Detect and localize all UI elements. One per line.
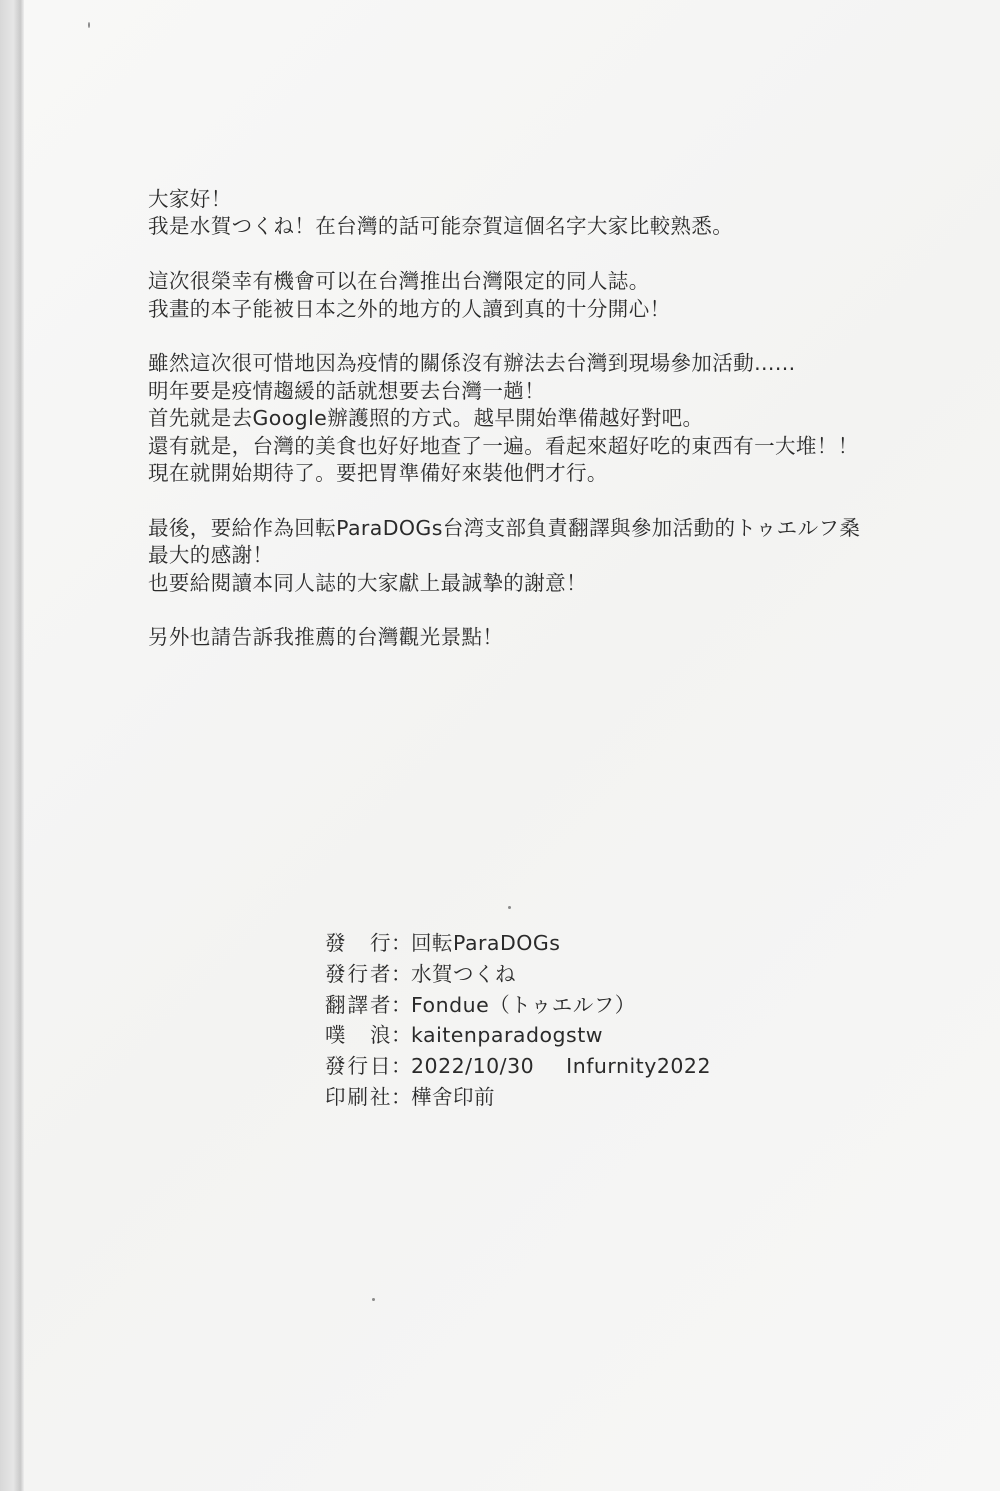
afterword-message: 大家好！ 我是水賀つくね！在台灣的話可能奈賀這個名字大家比較熟悉。 這次很榮幸有…: [148, 186, 968, 679]
text-line: 這次很榮幸有機會可以在台灣推出台灣限定的同人誌。: [148, 268, 968, 295]
colophon-row-printer: 印刷社 ： 樺舍印前: [325, 1082, 711, 1113]
colophon-separator: ：: [391, 959, 411, 990]
colophon-label: 發 行: [325, 928, 391, 959]
text-line: 另外也請告訴我推薦的台灣觀光景點！: [148, 624, 968, 651]
paragraph-thanks: 最後，要給作為回転ParaDOGs台湾支部負責翻譯與參加活動的トゥエルフ桑 最大…: [148, 515, 968, 597]
colophon-row-translator: 翻譯者 ： Fondue（トゥエルフ）: [325, 990, 711, 1021]
colophon-label: 發行日: [325, 1051, 391, 1082]
paragraph-visit-plans: 雖然這次很可惜地因為疫情的關係沒有辦法去台灣到現場參加活動...... 明年要是…: [148, 350, 968, 487]
text-line: 明年要是疫情趨緩的話就想要去台灣一趟！: [148, 378, 968, 405]
colophon-value: kaitenparadogstw: [411, 1020, 603, 1051]
colophon-label: 印刷社: [325, 1082, 391, 1113]
colophon-separator: ：: [391, 990, 411, 1021]
scan-speck: [88, 22, 90, 28]
paragraph-greeting: 大家好！ 我是水賀つくね！在台灣的話可能奈賀這個名字大家比較熟悉。: [148, 186, 968, 241]
colophon-label: 發行者: [325, 959, 391, 990]
scan-speck: [508, 906, 511, 909]
text-line: 雖然這次很可惜地因為疫情的關係沒有辦法去台灣到現場參加活動......: [148, 350, 968, 377]
text-line: 也要給閱讀本同人誌的大家獻上最誠摯的謝意！: [148, 570, 968, 597]
scan-speck: [372, 1298, 375, 1301]
colophon-value: Fondue（トゥエルフ）: [411, 990, 636, 1021]
text-line: 首先就是去Google辦護照的方式。越早開始準備越好對吧。: [148, 405, 968, 432]
text-line: 我畫的本子能被日本之外的地方的人讀到真的十分開心！: [148, 296, 968, 323]
colophon-separator: ：: [391, 1051, 411, 1082]
text-line: 還有就是，台灣的美食也好好地查了一遍。看起來超好吃的東西有一大堆！！: [148, 433, 968, 460]
colophon-row-publisher: 發 行 ： 回転ParaDOGs: [325, 928, 711, 959]
colophon-value: 回転ParaDOGs: [411, 928, 560, 959]
colophon-event: Infurnity2022: [566, 1051, 711, 1082]
text-line: 我是水賀つくね！在台灣的話可能奈賀這個名字大家比較熟悉。: [148, 213, 968, 240]
colophon-value: 樺舍印前: [411, 1082, 495, 1113]
text-line: 最後，要給作為回転ParaDOGs台湾支部負責翻譯與參加活動的トゥエルフ桑: [148, 515, 968, 542]
text-line: 大家好！: [148, 186, 968, 213]
colophon-row-issuer: 發行者 ： 水賀つくね: [325, 959, 711, 990]
text-line: 最大的感謝！: [148, 542, 968, 569]
colophon-label: 噗 浪: [325, 1020, 391, 1051]
colophon-separator: ：: [391, 928, 411, 959]
paragraph-request: 另外也請告訴我推薦的台灣觀光景點！: [148, 624, 968, 651]
colophon-separator: ：: [391, 1020, 411, 1051]
colophon-value: 水賀つくね: [411, 959, 516, 990]
paragraph-release: 這次很榮幸有機會可以在台灣推出台灣限定的同人誌。 我畫的本子能被日本之外的地方的…: [148, 268, 968, 323]
colophon-row-plurk: 噗 浪 ： kaitenparadogstw: [325, 1020, 711, 1051]
colophon-value: 2022/10/30: [411, 1051, 534, 1082]
colophon: 發 行 ： 回転ParaDOGs 發行者 ： 水賀つくね 翻譯者 ： Fondu…: [325, 928, 711, 1113]
colophon-label: 翻譯者: [325, 990, 391, 1021]
colophon-separator: ：: [391, 1082, 411, 1113]
text-line: 現在就開始期待了。要把胃準備好來裝他們才行。: [148, 460, 968, 487]
colophon-row-issue-date: 發行日 ： 2022/10/30 Infurnity2022: [325, 1051, 711, 1082]
page-binding-edge: [0, 0, 24, 1491]
